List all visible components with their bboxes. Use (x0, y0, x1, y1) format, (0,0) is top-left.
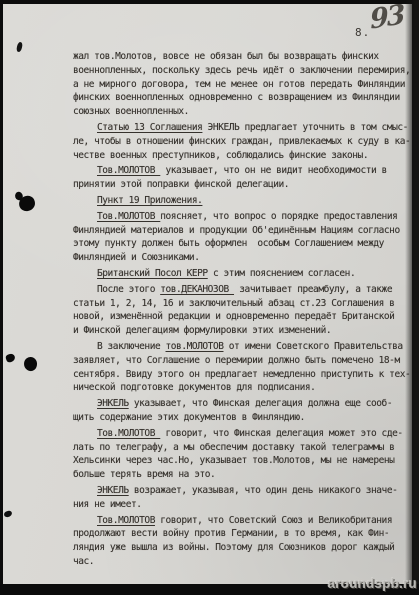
text-line: Тов.МОЛОТОВ говорит, что Советский Союз … (73, 514, 413, 528)
text-line: ляндия уже вышла из войны. Поэтому для С… (73, 541, 413, 555)
text-line: новой, изменённой редакции и одновременн… (73, 310, 413, 324)
text-line: щить содержание этих документов в Финлян… (73, 411, 413, 425)
text-line: а не мирного договора, тем не менее он г… (73, 78, 413, 92)
scanned-document-page: 93 8. жал тов.Молотов, вовсе не обязан б… (0, 0, 419, 595)
text-line: этому пункту должен быть оформлен особым… (73, 237, 413, 251)
heading-point-19: Пункт 19 Приложения. (73, 194, 413, 208)
text-line: Статью 13 Соглашения ЭНКЕЛЬ предлагает у… (73, 121, 413, 135)
paragraph-dekanozov-reads: После этого тов.ДЕКАНОЗОВ зачитывает пре… (73, 283, 413, 338)
paragraph-kerr-agrees: Британский Посол КЕРР с этим пояснением … (73, 267, 413, 281)
text-line: принятии этой поправки финской делегации… (73, 178, 413, 192)
text-line: союзных военнопленных. (73, 105, 413, 119)
paragraph-enckell-points: ЭНКЕЛЬ указывает, что Финская делегация … (73, 397, 413, 425)
text-line: ЭНКЕЛЬ возражает, указывая, что один ден… (73, 484, 413, 498)
paragraph-molotov-conclusion: В заключение тов.МОЛОТОВ от имени Советс… (73, 340, 413, 395)
text-line: Пункт 19 Приложения. (73, 194, 413, 208)
text-line: финских военнопленных одновременно с воз… (73, 91, 413, 105)
paragraph-continuation: жал тов.Молотов, вовсе не обязан был бы … (73, 50, 413, 119)
paragraph-molotov-explains: Тов.МОЛОТОВ поясняет, что вопрос о поряд… (73, 210, 413, 265)
text-line: военнопленных, поскольку здесь речь идёт… (73, 64, 413, 78)
text-line: жал тов.Молотов, вовсе не обязан был бы … (73, 50, 413, 64)
text-line: Тов.МОЛОТОВ поясняет, что вопрос о поряд… (73, 210, 413, 224)
text-line: больше терять время на это. (73, 468, 413, 482)
text-line: Финляндией и Союзниками. (73, 251, 413, 265)
text-line: ЭНКЕЛЬ указывает, что Финская делегация … (73, 397, 413, 411)
text-line: Британский Посол КЕРР с этим пояснением … (73, 267, 413, 281)
watermark-text: aroundspb.ru (328, 576, 417, 591)
text-line: продолжают вести войну против Германии, … (73, 527, 413, 541)
text-line: Хельсинки через час.Но, указывает тов.Мо… (73, 454, 413, 468)
text-line: лать по телеграфу, а мы обеспечим достав… (73, 441, 413, 455)
scan-border-top (0, 0, 419, 4)
text-line: честве военных преступников, соблюдались… (73, 149, 413, 163)
text-line: В заключение тов.МОЛОТОВ от имени Советс… (73, 340, 413, 354)
paragraph-enckell-objects: ЭНКЕЛЬ возражает, указывая, что один ден… (73, 484, 413, 512)
text-line: заявляет, что Соглашение о перемирии дол… (73, 354, 413, 368)
paragraph-article-13: Статью 13 Соглашения ЭНКЕЛЬ предлагает у… (73, 121, 413, 162)
document-body: жал тов.Молотов, вовсе не обязан был бы … (73, 50, 413, 571)
text-line: Тов.МОЛОТОВ указывает, что он не видит н… (73, 164, 413, 178)
text-line: статьи 1, 2, 14, 16 и заключительный абз… (73, 297, 413, 311)
page-number-handwritten: 93 (370, 0, 405, 36)
text-line: ния не имеет. (73, 498, 413, 512)
text-line: Финляндией материалов и продукции Об'еди… (73, 224, 413, 238)
text-line: нической подготовке документов для подпи… (73, 381, 413, 395)
text-line: и Финской делегациям формулировки этих и… (73, 324, 413, 338)
scan-border-left (0, 0, 3, 595)
text-line: После этого тов.ДЕКАНОЗОВ зачитывает пре… (73, 283, 413, 297)
text-line: Тов.МОЛОТОВ говорит, что Финская делегац… (73, 427, 413, 441)
scan-border-right (405, 0, 419, 595)
text-line: сентября. Ввиду этого он предлагает неме… (73, 368, 413, 382)
page-number-typed: 8. (355, 26, 370, 39)
text-line: час. (73, 555, 413, 569)
text-line: ле, чтобы в отношении финских граждан, п… (73, 135, 413, 149)
paragraph-molotov-final: Тов.МОЛОТОВ говорит, что Советский Союз … (73, 514, 413, 569)
paper-sheet: 93 8. жал тов.Молотов, вовсе не обязан б… (3, 4, 412, 584)
paragraph-molotov-telegraph: Тов.МОЛОТОВ говорит, что Финская делегац… (73, 427, 413, 482)
paragraph-molotov-remark: Тов.МОЛОТОВ указывает, что он не видит н… (73, 164, 413, 192)
